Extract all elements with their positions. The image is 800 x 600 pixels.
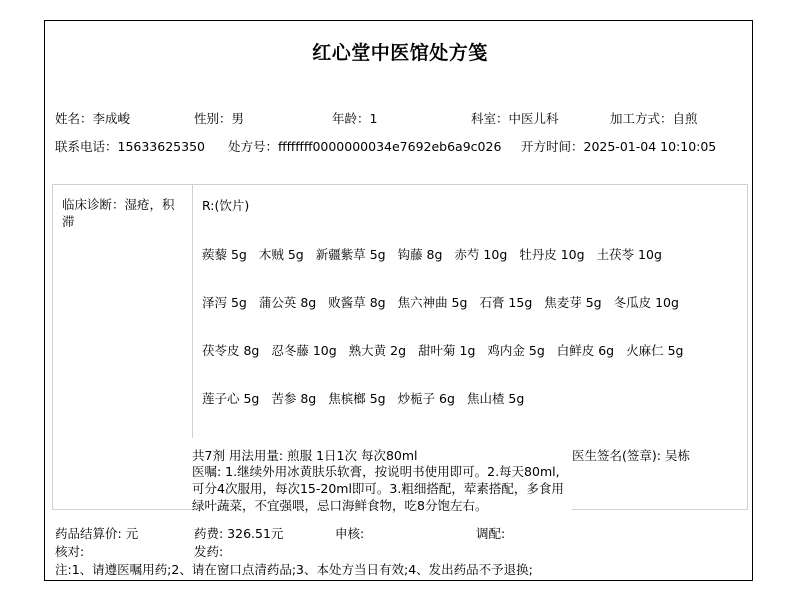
herb-item: 蒲公英 8g [259, 295, 316, 310]
page-title: 红心堂中医馆处方笺 [0, 38, 800, 65]
herb-line: 茯苓皮 8g 忍冬藤 10g 熟大黄 2g 甜叶菊 1g 鸡内金 5g 白鲜皮 … [202, 341, 691, 359]
herb-item: 牡丹皮 10g [519, 247, 584, 262]
review-field: 申核: [335, 524, 364, 542]
doctor-signature: 医生签名(签章): 吴栋 [572, 446, 690, 464]
herb-item: 泽泻 5g [202, 295, 247, 310]
herb-item: 焦六神曲 5g [398, 295, 468, 310]
herb-item: 甜叶菊 1g [418, 343, 475, 358]
medicine-fee: 药费: 326.51元 [194, 524, 283, 542]
herb-item: 忍冬藤 10g [271, 343, 336, 358]
herb-item: 莲子心 5g [202, 391, 259, 406]
herb-line: 泽泻 5g 蒲公英 8g 败酱草 8g 焦六神曲 5g 石膏 15g 焦麦芽 5… [202, 293, 687, 311]
herb-item: 木贼 5g [259, 247, 304, 262]
column-divider [192, 184, 193, 438]
prescription-number: 处方号：ffffffff0000000034e7692eb6a9c026 [228, 137, 501, 155]
herb-item: 焦麦芽 5g [544, 295, 601, 310]
herb-item: 火麻仁 5g [626, 343, 683, 358]
herb-item: 鸡内金 5g [487, 343, 544, 358]
usage-dosage: 共7剂 用法用量: 煎服 1日1次 每次80ml [192, 446, 418, 464]
clinical-diagnosis: 临床诊断：湿疮，积滞 [62, 196, 186, 230]
rx-header: R:(饮片) [202, 196, 249, 214]
herb-item: 茯苓皮 8g [202, 343, 259, 358]
herb-line: 蒺藜 5g 木贼 5g 新疆紫草 5g 钩藤 8g 赤芍 10g 牡丹皮 10g… [202, 245, 670, 263]
contact-phone: 联系电话：15633625350 [55, 137, 205, 155]
herb-item: 赤芍 10g [454, 247, 507, 262]
issue-field: 发药: [194, 542, 223, 560]
dispense-field: 调配: [476, 524, 505, 542]
herb-item: 白鲜皮 6g [557, 343, 614, 358]
herb-item: 败酱草 8g [328, 295, 385, 310]
herb-item: 冬瓜皮 10g [614, 295, 679, 310]
check-field: 核对: [55, 542, 84, 560]
herb-item: 炒栀子 6g [398, 391, 455, 406]
herb-item: 钩藤 8g [398, 247, 443, 262]
patient-name: 姓名：李成峻 [55, 109, 130, 127]
herb-item: 石膏 15g [479, 295, 532, 310]
herb-item: 新疆紫草 5g [316, 247, 386, 262]
settlement-price: 药品结算价: 元 [55, 524, 138, 542]
department: 科室：中医儿科 [471, 109, 559, 127]
herb-item: 焦槟榔 5g [328, 391, 385, 406]
patient-gender: 性别：男 [194, 109, 244, 127]
patient-age: 年龄：1 [332, 109, 377, 127]
prescription-time: 开方时间：2025-01-04 10:10:05 [521, 137, 716, 155]
herb-line: 莲子心 5g 苦参 8g 焦槟榔 5g 炒栀子 6g 焦山楂 5g [202, 389, 532, 407]
herb-item: 蒺藜 5g [202, 247, 247, 262]
herb-item: 焦山楂 5g [467, 391, 524, 406]
medical-advice: 医嘱: 1.继续外用冰黄肤乐软膏，按说明书使用即可。2.每天80ml,可分4次服… [192, 463, 572, 514]
herb-item: 熟大黄 2g [349, 343, 406, 358]
herb-item: 土茯苓 10g [597, 247, 662, 262]
footer-note: 注:1、请遵医嘱用药;2、请在窗口点清药品;3、本处方当日有效;4、发出药品不予… [55, 560, 533, 578]
herb-item: 苦参 8g [271, 391, 316, 406]
processing-method: 加工方式：自煎 [610, 109, 698, 127]
